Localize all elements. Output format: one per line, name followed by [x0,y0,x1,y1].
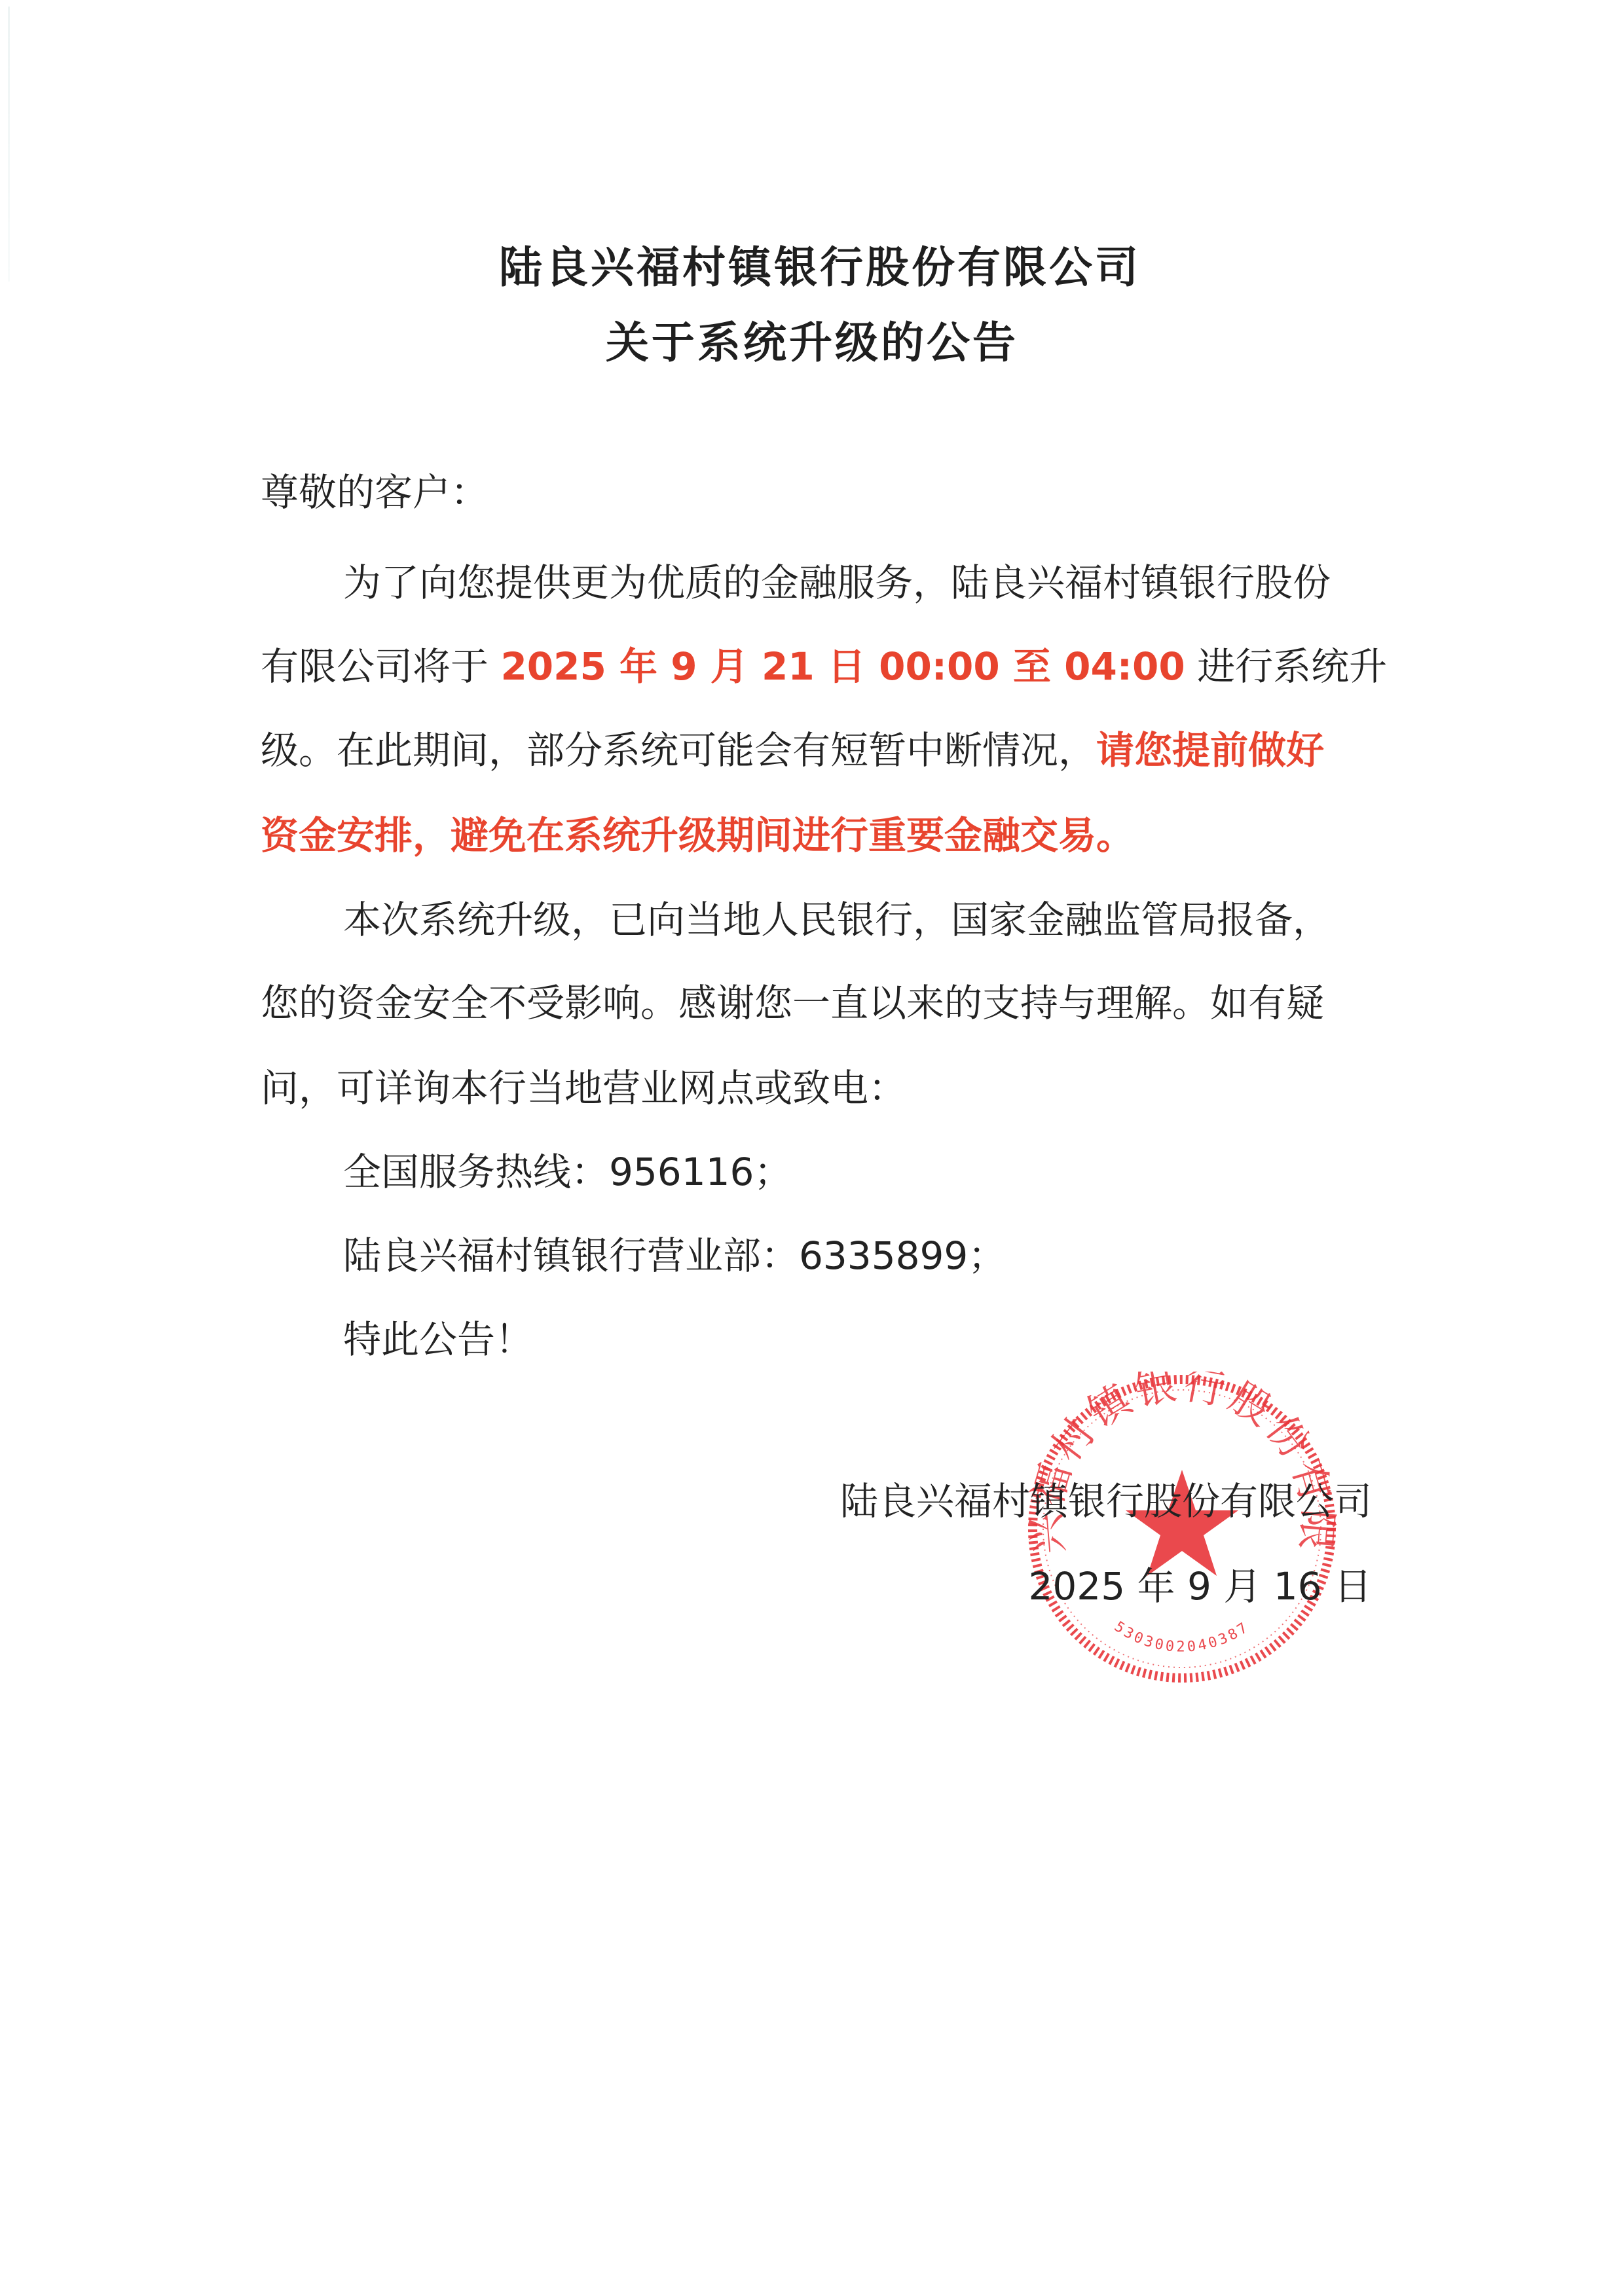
signature-date: 2025 年 9 月 16 日 [1029,1556,1373,1611]
paragraph2-line1: 本次系统升级，已向当地人民银行，国家金融监管局报备， [261,878,1331,962]
paragraph1-text: 有限公司将于 [261,644,500,689]
paragraph1-line1: 为了向您提供更为优质的金融服务，陆良兴福村镇银行股份 [261,541,1331,625]
paragraph2-line3: 问，可详询本行当地营业网点或致电： [261,1046,906,1130]
branch-contact: 陆良兴福村镇银行营业部：6335899； [261,1214,1006,1298]
paragraph2-line2: 您的资金安全不受影响。感谢您一直以来的支持与理解。如有疑 [261,961,1324,1045]
paragraph1-line2: 有限公司将于 2025 年 9 月 21 日 00:00 至 04:00 进行系… [261,625,1387,708]
salutation: 尊敬的客户： [261,450,489,534]
closing-statement: 特此公告！ [261,1298,533,1381]
signature-company: 陆良兴福村镇银行股份有限公司 [840,1470,1372,1525]
warning-highlight: 请您提前做好 [1096,728,1324,773]
hotline-contact: 全国服务热线：956116； [261,1130,792,1214]
paragraph1-line3: 级。在此期间，部分系统可能会有短暂中断情况，请您提前做好 [261,708,1324,792]
document-title-subject: 关于系统升级的公告 [0,308,1624,370]
svg-text:5303002040387: 5303002040387 [1111,1618,1253,1655]
seal-number: 5303002040387 [1111,1618,1253,1655]
paragraph1-text: 进行系统升 [1185,644,1387,689]
warning-highlight-line: 资金安排，避免在系统升级期间进行重要金融交易。 [261,793,1134,877]
upgrade-time-highlight: 2025 年 9 月 21 日 00:00 至 04:00 [500,644,1185,689]
company-seal-icon: 陆良兴福村镇银行股份有限公司 5303002040387 [1025,1372,1339,1686]
document-title-company: 陆良兴福村镇银行股份有限公司 [8,232,1624,295]
paragraph1-text: 级。在此期间，部分系统可能会有短暂中断情况， [261,728,1096,773]
